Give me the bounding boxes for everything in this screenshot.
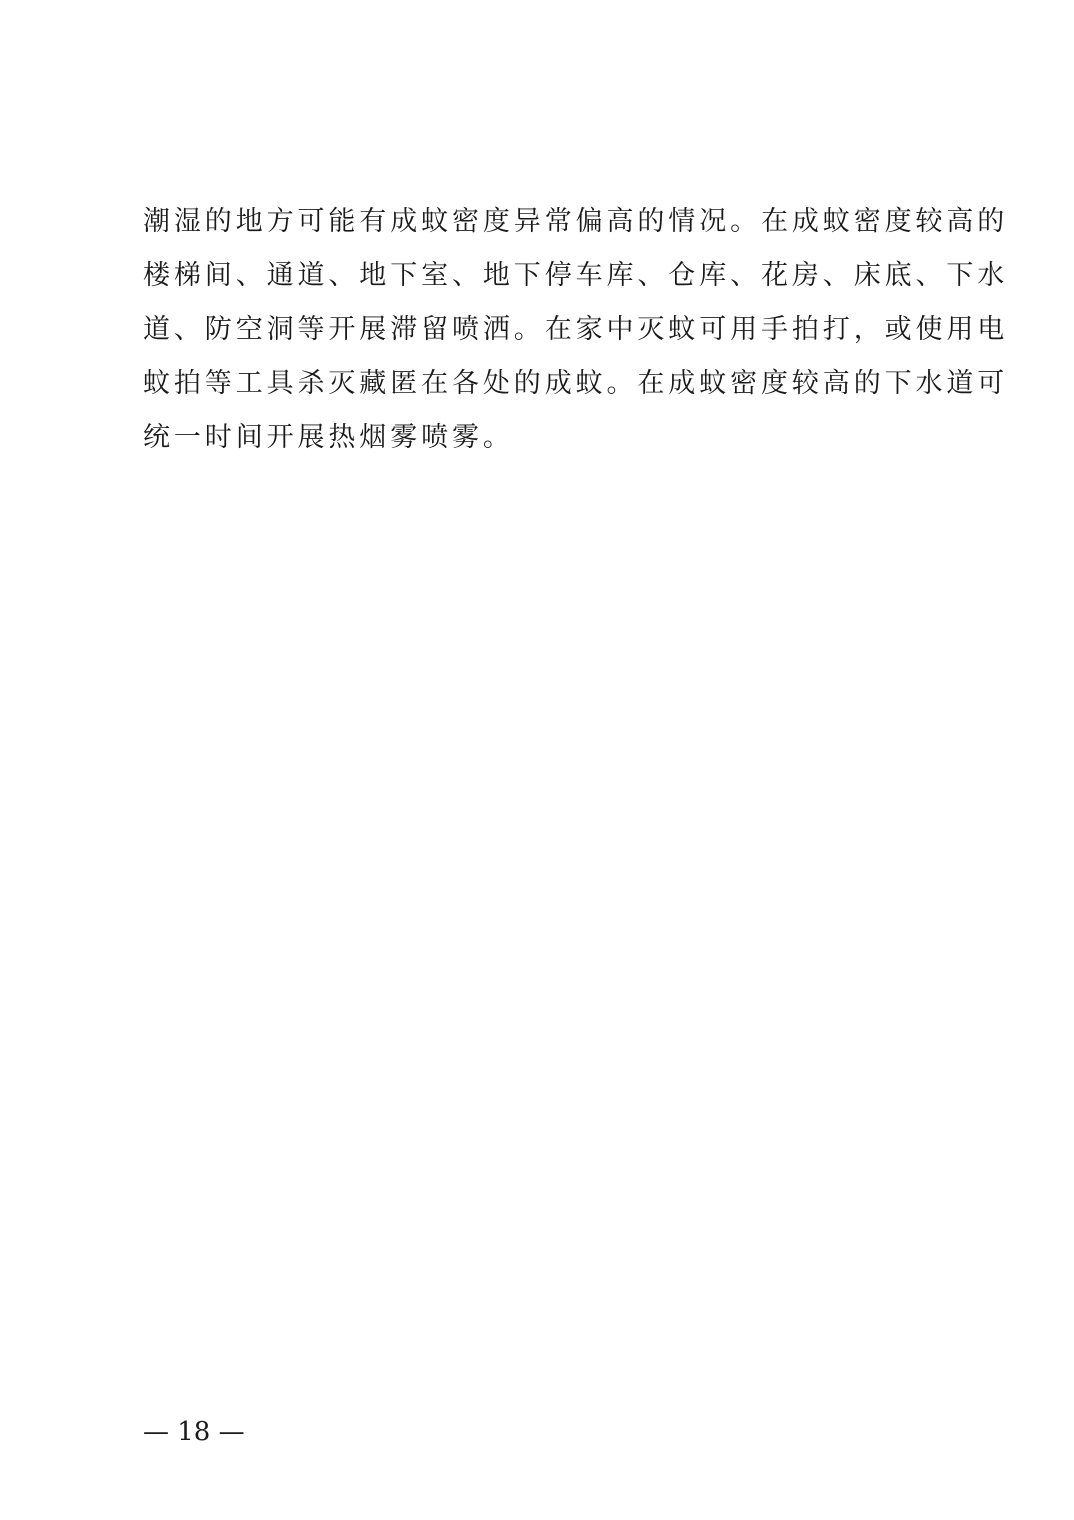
text-line: 道、防空洞等开展滞留喷洒。在家中灭蚊可用手拍打，或使用电 — [143, 308, 943, 362]
document-page: 潮湿的地方可能有成蚊密度异常偏高的情况。在成蚊密度较高的 楼梯间、通道、地下室、… — [0, 0, 1074, 1520]
text-line: 统一时间开展热烟雾喷雾。 — [143, 416, 943, 470]
text-line: 楼梯间、通道、地下室、地下停车库、仓库、花房、床底、下水 — [143, 254, 943, 308]
body-paragraph: 潮湿的地方可能有成蚊密度异常偏高的情况。在成蚊密度较高的 楼梯间、通道、地下室、… — [143, 200, 943, 470]
text-line: 潮湿的地方可能有成蚊密度异常偏高的情况。在成蚊密度较高的 — [143, 200, 943, 254]
text-line: 蚊拍等工具杀灭藏匿在各处的成蚊。在成蚊密度较高的下水道可 — [143, 362, 943, 416]
page-number: — 18 — — [143, 1414, 245, 1450]
